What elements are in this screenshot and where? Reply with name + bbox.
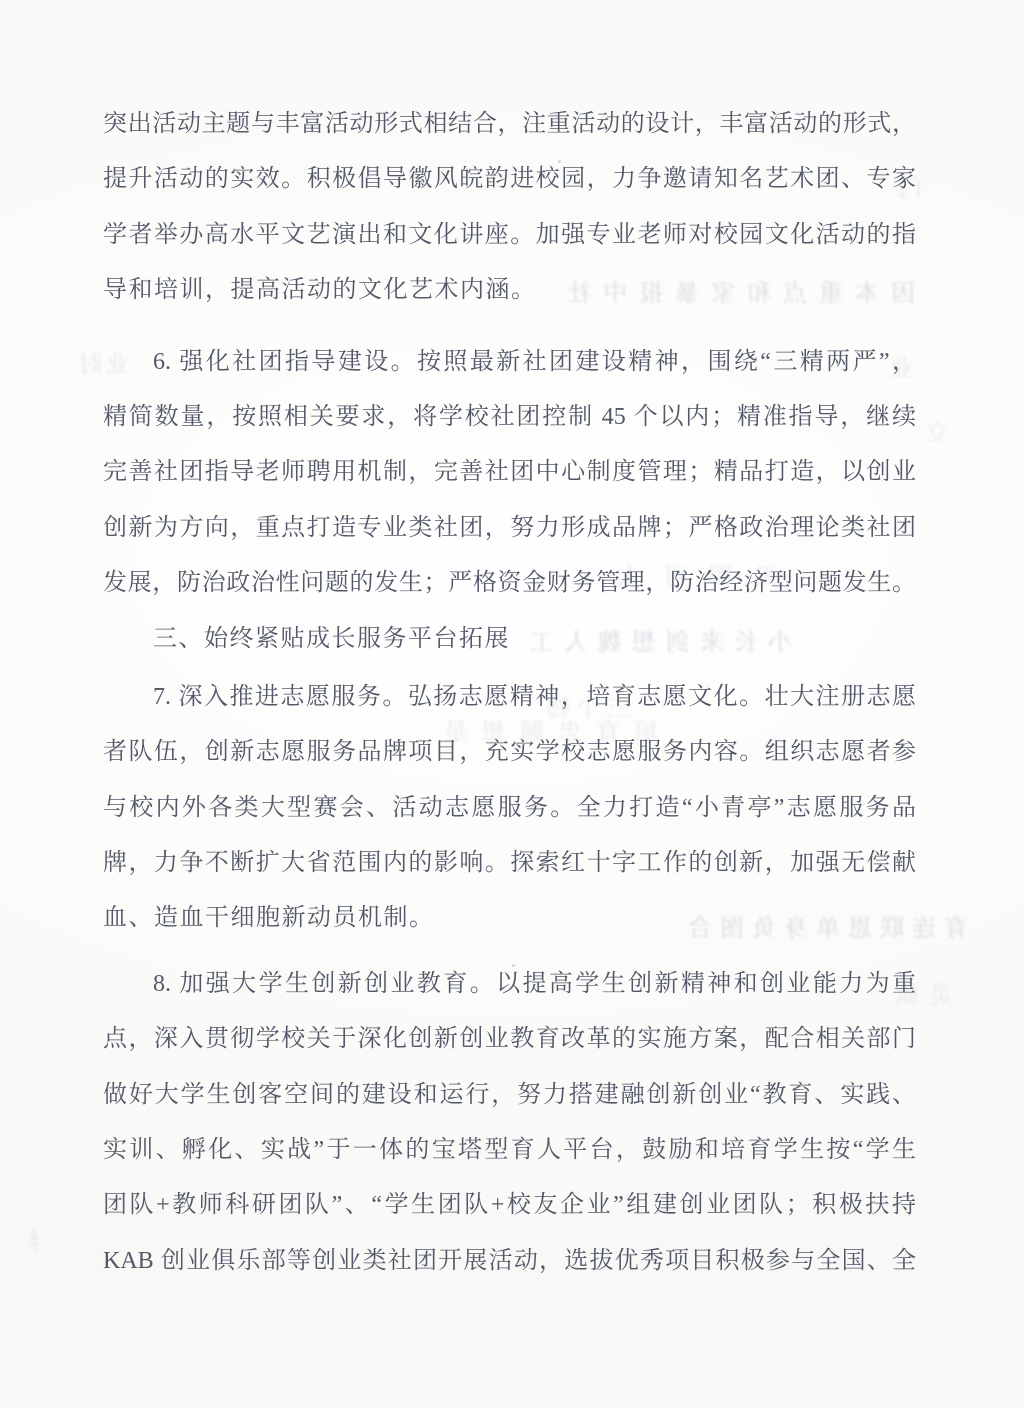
- text-line: 三、始终紧贴成长服务平台拓展: [103, 612, 916, 667]
- text-line: 点，深入贯彻学校关于深化创新创业教育改革的实施方案，配合相关部门: [103, 1012, 916, 1067]
- text-line: 发展，防治政治性问题的发生；严格资金财务管理，防治经济型问题发生。: [103, 556, 916, 611]
- text-line: 做好大学生创客空间的建设和运行，努力搭建融创新创业“教育、实践、: [103, 1068, 916, 1123]
- text-line: 6. 强化社团指导建设。按照最新社团建设精神，围绕“三精两严”，: [103, 335, 916, 390]
- section-heading: 三、始终紧贴成长服务平台拓展: [103, 612, 916, 667]
- text-line: 与校内外各类大型赛会、活动志愿服务。全力打造“小青亭”志愿服务品: [103, 781, 916, 836]
- document-body: 突出活动主题与丰富活动形式相结合，注重活动的设计，丰富活动的形式，提升活动的实效…: [103, 97, 916, 1289]
- show-through-text: 立: [925, 412, 949, 447]
- text-line: 导和培训，提高活动的文化艺术内涵。: [103, 263, 916, 318]
- text-line: KAB 创业俱乐部等创业类社团开展活动，选拔优秀项目积极参与全国、全: [103, 1234, 916, 1289]
- text-line: 牌，力争不断扩大省范围内的影响。探索红十字工作的创新，加强无偿献: [103, 836, 916, 891]
- paragraph: 8. 加强大学生创新创业教育。以提高学生创新精神和创业能力为重点，深入贯彻学校关…: [103, 957, 916, 1289]
- paragraph: 6. 强化社团指导建设。按照最新社团建设精神，围绕“三精两严”，精简数量，按照相…: [103, 335, 916, 612]
- paragraph: 7. 深入推进志愿服务。弘扬志愿精神，培育志愿文化。壮大注册志愿者队伍，创新志愿…: [103, 670, 916, 947]
- text-line: 完善社团指导老师聘用机制，完善社团中心制度管理；精品打造，以创业: [103, 445, 916, 500]
- text-line: 团队+教师科研团队”、“学生团队+校友企业”组建创业团队；积极扶持: [103, 1178, 916, 1233]
- text-line: 提升活动的实效。积极倡导徽风皖韵进校园，力争邀请知名艺术团、专家: [103, 152, 916, 207]
- text-line: 者队伍，创新志愿服务品牌项目，充实学校志愿服务内容。组织志愿者参: [103, 725, 916, 780]
- show-through-text: 纟: [16, 1222, 40, 1257]
- text-line: 7. 深入推进志愿服务。弘扬志愿精神，培育志愿文化。壮大注册志愿: [103, 670, 916, 725]
- text-line: 8. 加强大学生创新创业教育。以提高学生创新精神和创业能力为重: [103, 957, 916, 1012]
- text-line: 实训、孵化、实战”于一体的宝塔型育人平台，鼓励和培育学生按“学生: [103, 1123, 916, 1178]
- text-line: 学者举办高水平文艺演出和文化讲座。加强专业老师对校园文化活动的指: [103, 208, 916, 263]
- paragraph: 突出活动主题与丰富活动形式相结合，注重活动的设计，丰富活动的形式，提升活动的实效…: [103, 97, 916, 319]
- text-line: 创新为方向，重点打造专业类社团，努力形成品牌；严格政治理论类社团: [103, 501, 916, 556]
- text-line: 突出活动主题与丰富活动形式相结合，注重活动的设计，丰富活动的形式，: [103, 97, 916, 152]
- text-line: 血、造血干细胞新动员机制。: [103, 891, 916, 946]
- text-line: 精简数量，按照相关要求，将学校社团控制 45 个以内；精准指导，继续: [103, 390, 916, 445]
- scanned-page: 因本重点和家暴报中社 小长来剑想魏人工 育连联恩单身负图合 三个物 工即可太 灵…: [0, 0, 1024, 1408]
